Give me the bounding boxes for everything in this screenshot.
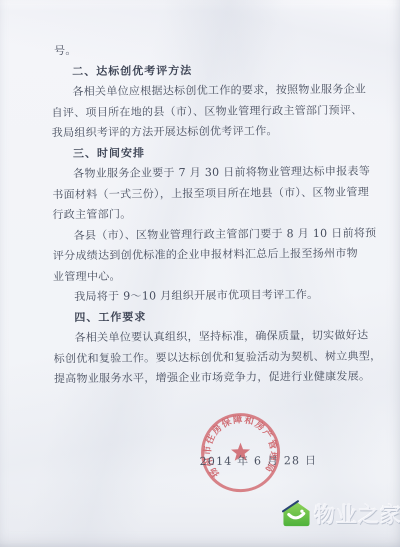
document-body-text: 号。 二、达标创优考评方法 各相关单位应根据达标创优工作的要求，按照物业服务企业… [51,39,364,390]
doc-ref-suffix: 号。 [51,39,361,62]
doc-line: 业管理中心。 [53,264,363,287]
smile-eye-dot [300,510,303,513]
doc-line: 标创优和复验工作。要以达标创优和复验活动为契机、树立典型， [54,346,364,369]
doc-line: 各县（市）、区物业管理行政主管部门要于 8 月 10 日前将预 [53,223,363,246]
scan-layer: 号。 二、达标创优考评方法 各相关单位应根据达标创优工作的要求，按照物业服务企业… [0,0,400,547]
doc-line: 提高物业服务水平，增强企业市场竞争力，促进行业健康发展。 [54,367,364,390]
doc-line: 书面材料（一式三份），上报至项目所在地县（市）、区物业管理 [52,182,362,205]
section-heading-3: 三、时间安排 [52,141,362,164]
doc-line: 我局组织考评的方法开展达标创优考评工作。 [52,121,362,144]
house-logo-icon [282,500,311,528]
watermark-logo: 物业之家 [282,499,400,529]
scanned-document-page: 号。 二、达标创优考评方法 各相关单位应根据达标创优工作的要求，按照物业服务企业… [0,0,400,547]
doc-line: 各相关单位要认真组织，坚持标准，确保质量，切实做好达 [53,326,363,349]
doc-line: 各物业服务企业要于 7 月 30 日前将物业管理达标申报表等 [52,162,362,185]
doc-line: 自评、项目所在地的县（市）、区物业管理行政主管部门预评、 [52,100,362,123]
doc-line: 评分成绩达到创优标准的企业申报材料汇总后上报至扬州市物 [53,244,363,267]
doc-line: 行政主管部门。 [52,203,362,226]
doc-line: 我局将于 9～10 月组织开展市优项目考评工作。 [53,285,363,308]
section-heading-4: 四、工作要求 [53,305,363,328]
document-date: 2014 年 6 月 28 日 [200,452,318,469]
doc-line: 各相关单位应根据达标创优工作的要求，按照物业服务企业 [51,80,361,103]
watermark-brand-text: 物业之家 [314,499,400,529]
section-heading-2: 二、达标创优考评方法 [51,59,361,82]
